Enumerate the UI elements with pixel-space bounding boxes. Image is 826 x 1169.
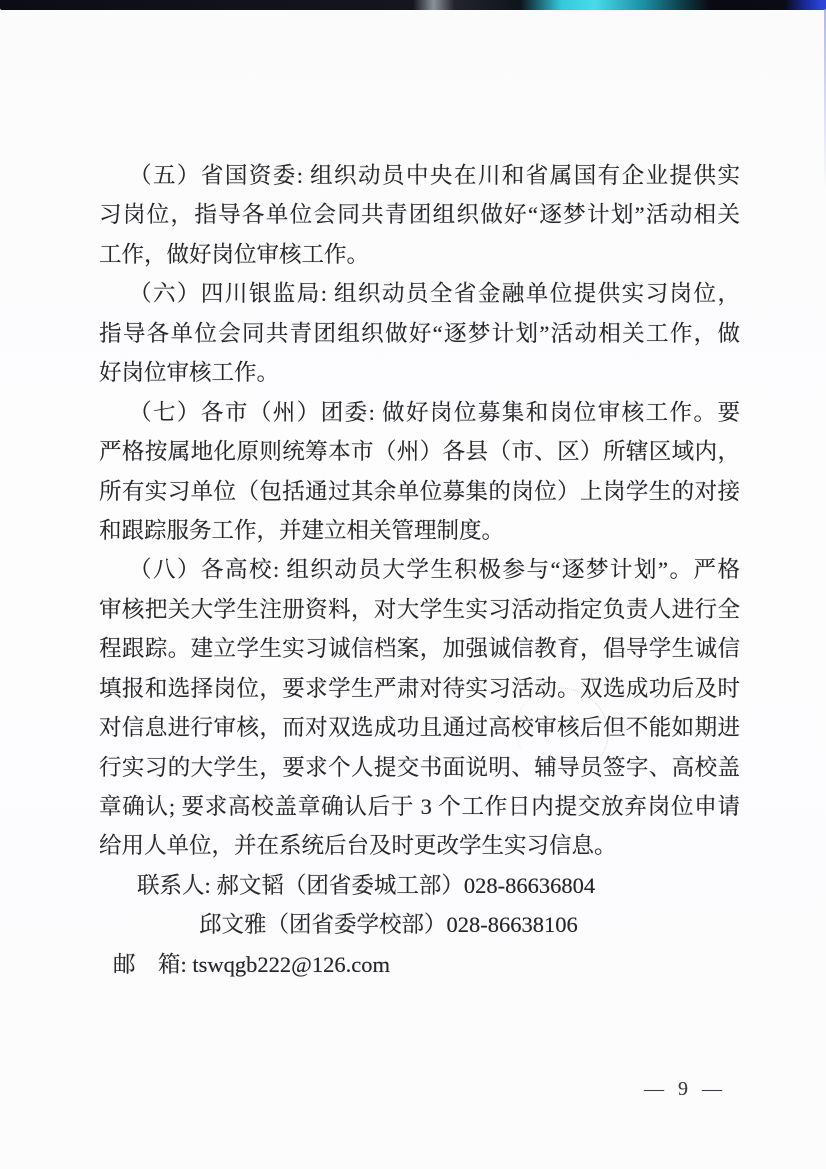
text-line: （五）省国资委: 组织动员中央在川和省属国有企业提供实 [99,156,740,195]
text-line: 所有实习单位（包括通过其余单位募集的岗位）上岗学生的对接 [99,472,740,511]
text-line: 指导各单位会同共青团组织做好“逐梦计划”活动相关工作，做 [99,314,740,353]
text-line: 程跟踪。建立学生实习诚信档案，加强诚信教育，倡导学生诚信 [99,629,740,668]
text-line: （八）各高校: 组织动员大学生积极参与“逐梦计划”。严格 [99,550,740,589]
text-line: （七）各市（州）团委: 做好岗位募集和岗位审核工作。要 [99,393,740,432]
scanner-edge-band [0,0,826,10]
text-line: 审核把关大学生注册资料，对大学生实习活动指定负责人进行全 [99,590,740,629]
email-line: 邮 箱: tswqgb222@126.com [99,945,740,984]
text-line: 章确认; 要求高校盖章确认后于 3 个工作日内提交放弃岗位申请 [99,787,740,826]
text-line: 工作，做好岗位审核工作。 [99,235,740,274]
contact-line: 联系人: 郝文韬（团省委城工部）028-86636804 [99,866,740,905]
contact-line: 邱文雅（团省委学校部）028-86638106 [99,905,740,944]
text-line: （六）四川银监局: 组织动员全省金融单位提供实习岗位， [99,274,740,313]
text-line: 填报和选择岗位，要求学生严肃对待实习活动。双选成功后及时 [99,669,740,708]
text-line: 给用人单位，并在系统后台及时更改学生实习信息。 [99,826,740,865]
text-line: 好岗位审核工作。 [99,353,740,392]
document-body: （五）省国资委: 组织动员中央在川和省属国有企业提供实 习岗位，指导各单位会同共… [99,156,740,984]
text-line: 行实习的大学生，要求个人提交书面说明、辅导员签字、高校盖 [99,748,740,787]
scanned-document-page: （五）省国资委: 组织动员中央在川和省属国有企业提供实 习岗位，指导各单位会同共… [0,0,826,1169]
text-line: 和跟踪服务工作，并建立相关管理制度。 [99,511,740,550]
page-number: — 9 — [644,1076,744,1102]
text-line: 习岗位，指导各单位会同共青团组织做好“逐梦计划”活动相关 [99,195,740,234]
text-line: 严格按属地化原则统筹本市（州）各县（市、区）所辖区域内， [99,432,740,471]
text-line: 对信息进行审核，而对双选成功且通过高校审核后但不能如期进 [99,708,740,747]
